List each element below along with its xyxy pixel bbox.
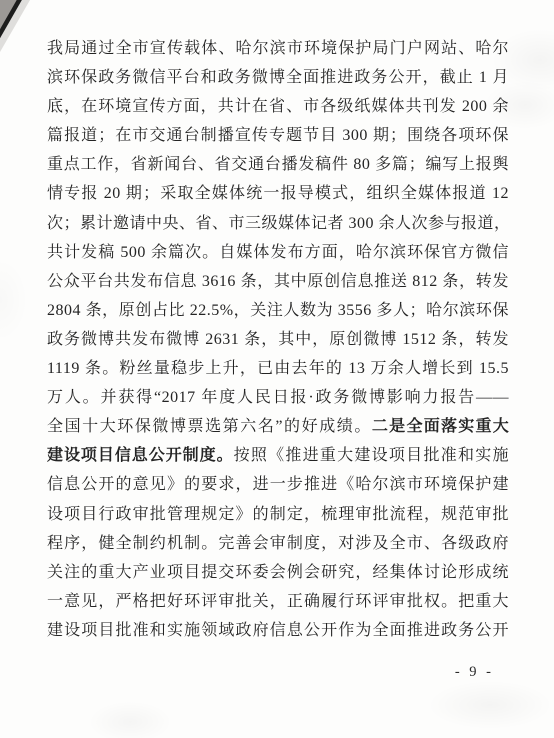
body-text: 1119 条。粉丝量稳步上升，已由去年的 13 万余人增长到 15.5 <box>47 360 509 377</box>
body-text: 设项目行政审批管理规定》的制定，梳理审批流程，规范审批 <box>47 506 509 523</box>
text-line: 一意见，严格把好环评审批关，正确履行环评审批权。把重大 <box>47 587 509 616</box>
text-line: 公众平台共发布信息 3616 条，其中原创信息推送 812 条，转发 <box>47 267 509 296</box>
page-number: - 9 - <box>455 664 494 681</box>
text-line: 信息公开的意见》的要求，进一步推进《哈尔滨市环境保护建 <box>47 470 509 499</box>
text-line: 政务微博共发布微博 2631 条，其中，原创微博 1512 条，转发 <box>47 325 509 354</box>
body-text: 情专报 20 期；采取全媒体统一报导模式，组织全媒体报道 12 <box>47 185 509 202</box>
body-text: 公众平台共发布信息 3616 条，其中原创信息推送 812 条，转发 <box>47 273 509 290</box>
body-text: 建设项目批准和实施领域政府信息公开作为全面推进政务公开 <box>47 622 509 639</box>
text-line: 情专报 20 期；采取全媒体统一报导模式，组织全媒体报道 12 <box>47 179 509 208</box>
text-line: 次；累计邀请中央、省、市三级媒体记者 300 余人次参与报道， <box>47 209 509 238</box>
text-line: 1119 条。粉丝量稳步上升，已由去年的 13 万余人增长到 15.5 <box>47 354 509 383</box>
document-body: 我局通过全市宣传载体、哈尔滨市环境保护局门户网站、哈尔滨环保政务微信平台和政务微… <box>47 34 509 645</box>
body-text: 共计发稿 500 余篇次。自媒体发布方面，哈尔滨环保官方微信 <box>47 244 509 261</box>
emphasis-text: 二是全面落实重大 <box>372 418 509 435</box>
text-line: 设项目行政审批管理规定》的制定，梳理审批流程，规范审批 <box>47 500 509 529</box>
text-line: 关注的重大产业项目提交环委会例会研究，经集体讨论形成统 <box>47 558 509 587</box>
body-text: 万人。并获得“2017 年度人民日报·政务微博影响力报告—— <box>47 389 509 406</box>
text-line: 底，在环境宣传方面，共计在省、市各级纸媒体共刊发 200 余 <box>47 92 509 121</box>
body-text: 关注的重大产业项目提交环委会例会研究，经集体讨论形成统 <box>47 564 509 581</box>
emphasis-text: 建设项目信息公开制度。 <box>47 447 234 464</box>
text-line: 万人。并获得“2017 年度人民日报·政务微博影响力报告—— <box>47 383 509 412</box>
text-line: 全国十大环保微博票选第六名”的好成绩。二是全面落实重大 <box>47 412 509 441</box>
body-text: 政务微博共发布微博 2631 条，其中，原创微博 1512 条，转发 <box>47 331 509 348</box>
body-text: 次；累计邀请中央、省、市三级媒体记者 300 余人次参与报道， <box>47 215 509 232</box>
body-text: 信息公开的意见》的要求，进一步推进《哈尔滨市环境保护建 <box>47 476 509 493</box>
text-line: 重点工作，省新闻台、省交通台播发稿件 80 多篇；编写上报舆 <box>47 150 509 179</box>
text-line: 滨环保政务微信平台和政务微博全面推进政务公开，截止 1 月 <box>47 63 509 92</box>
body-text: 程序，健全制约机制。完善会审制度，对涉及全市、各级政府 <box>47 535 509 552</box>
text-line: 2804 条，原创占比 22.5%，关注人数为 3556 多人；哈尔滨环保 <box>47 296 509 325</box>
text-line: 篇报道；在市交通台制播宣传专题节目 300 期；围绕各项环保 <box>47 121 509 150</box>
body-text: 一意见，严格把好环评审批关，正确履行环评审批权。把重大 <box>47 593 509 610</box>
text-line: 建设项目信息公开制度。按照《推进重大建设项目批准和实施 <box>47 441 509 470</box>
text-line: 程序，健全制约机制。完善会审制度，对涉及全市、各级政府 <box>47 529 509 558</box>
text-line: 共计发稿 500 余篇次。自媒体发布方面，哈尔滨环保官方微信 <box>47 238 509 267</box>
body-text: 篇报道；在市交通台制播宣传专题节目 300 期；围绕各项环保 <box>47 127 509 144</box>
text-line: 建设项目批准和实施领域政府信息公开作为全面推进政务公开 <box>47 616 509 645</box>
body-text: 2804 条，原创占比 22.5%，关注人数为 3556 多人；哈尔滨环保 <box>47 302 509 319</box>
text-line: 我局通过全市宣传载体、哈尔滨市环境保护局门户网站、哈尔 <box>47 34 509 63</box>
body-text: 全国十大环保微博票选第六名”的好成绩。 <box>47 418 372 435</box>
body-text: 滨环保政务微信平台和政务微博全面推进政务公开，截止 1 月 <box>47 69 509 86</box>
scanned-document-page: 我局通过全市宣传载体、哈尔滨市环境保护局门户网站、哈尔滨环保政务微信平台和政务微… <box>0 0 554 738</box>
body-text: 底，在环境宣传方面，共计在省、市各级纸媒体共刊发 200 余 <box>47 98 509 115</box>
body-text: 按照《推进重大建设项目批准和实施 <box>234 447 509 464</box>
body-text: 重点工作，省新闻台、省交通台播发稿件 80 多篇；编写上报舆 <box>47 156 509 173</box>
body-text: 我局通过全市宣传载体、哈尔滨市环境保护局门户网站、哈尔 <box>47 40 509 57</box>
